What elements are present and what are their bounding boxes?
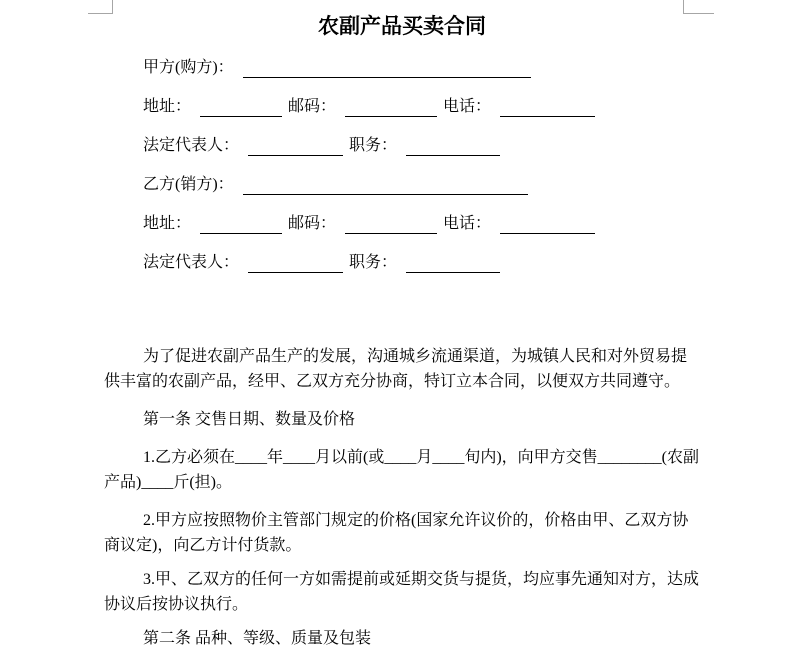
contract-body-section: 为了促进农副产品生产的发展，沟通城乡流通渠道，为城镇人民和对外贸易提供丰富的农副… [104, 344, 700, 651]
party-a-representative-row: 法定代表人：职务： [104, 136, 700, 156]
party-a-postcode-blank[interactable] [345, 99, 437, 117]
legal-rep-label: 法定代表人： [143, 136, 239, 156]
document-content: 农副产品买卖合同 甲方(购方)： 地址：邮码：电话： 法定代表人：职务： 乙方(… [104, 0, 700, 656]
party-a-position-blank[interactable] [406, 138, 500, 156]
party-b-address-blank[interactable] [200, 216, 282, 234]
party-b-label: 乙方(销方)： [143, 175, 234, 195]
party-a-label: 甲方(购方)： [143, 58, 234, 78]
party-a-blank[interactable] [243, 60, 531, 78]
party-b-legal-rep-blank[interactable] [248, 255, 343, 273]
article-1-clause-2: 2.甲方应按照物价主管部门规定的价格(国家允许议价的，价格由甲、乙双方协商议定)… [104, 508, 700, 558]
phone-label: 电话： [443, 97, 491, 117]
legal-rep-label: 法定代表人： [143, 253, 239, 273]
position-label: 职务： [349, 136, 397, 156]
article-2-heading: 第二条 品种、等级、质量及包装 [104, 626, 700, 651]
contract-document-page: 农副产品买卖合同 甲方(购方)： 地址：邮码：电话： 法定代表人：职务： 乙方(… [0, 0, 791, 656]
phone-label: 电话： [443, 214, 491, 234]
address-label: 地址： [143, 214, 191, 234]
party-a-address-row: 地址：邮码：电话： [104, 97, 700, 117]
document-title: 农副产品买卖合同 [104, 13, 700, 39]
party-a-phone-blank[interactable] [500, 99, 595, 117]
party-a-legal-rep-blank[interactable] [248, 138, 343, 156]
party-b-position-blank[interactable] [406, 255, 500, 273]
party-info-section: 甲方(购方)： 地址：邮码：电话： 法定代表人：职务： 乙方(销方)： 地址：邮… [104, 58, 700, 273]
party-b-postcode-blank[interactable] [345, 216, 437, 234]
position-label: 职务： [349, 253, 397, 273]
party-b-blank[interactable] [243, 177, 528, 195]
address-label: 地址： [143, 97, 191, 117]
article-1-heading: 第一条 交售日期、数量及价格 [104, 407, 700, 432]
party-b-row: 乙方(销方)： [104, 175, 700, 195]
contract-preamble: 为了促进农副产品生产的发展，沟通城乡流通渠道，为城镇人民和对外贸易提供丰富的农副… [104, 344, 700, 394]
party-a-address-blank[interactable] [200, 99, 282, 117]
party-b-address-row: 地址：邮码：电话： [104, 214, 700, 234]
party-b-phone-blank[interactable] [500, 216, 595, 234]
party-a-row: 甲方(购方)： [104, 58, 700, 78]
postcode-label: 邮码： [288, 214, 336, 234]
party-b-representative-row: 法定代表人：职务： [104, 253, 700, 273]
article-1-clause-1: 1.乙方必须在____年____月以前(或____月____旬内)，向甲方交售_… [104, 445, 700, 495]
article-1-clause-3: 3.甲、乙双方的任何一方如需提前或延期交货与提货，均应事先通知对方，达成协议后按… [104, 567, 700, 617]
postcode-label: 邮码： [288, 97, 336, 117]
